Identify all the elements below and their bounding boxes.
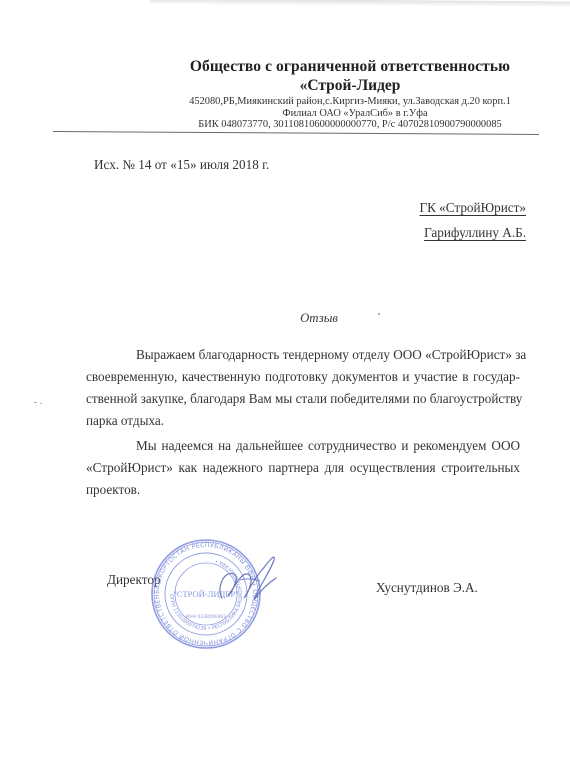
- paragraph-line: проектов.: [86, 479, 520, 501]
- paragraph-line: своевременную, качественную подготовку д…: [86, 366, 520, 388]
- org-short-name: «Строй-Лидер: [160, 77, 540, 95]
- paragraph-line: ственной закупке, благодаря Вам мы стали…: [86, 388, 520, 410]
- scan-edge-shadow: [150, 0, 570, 7]
- header-divider: [53, 131, 539, 135]
- paragraph-line: «СтройЮрист» как надежного партнера для …: [86, 457, 520, 479]
- paragraph-line: Мы надеемся на дальнейшее сотрудничество…: [86, 435, 520, 457]
- bank-details: БИК 048073770, 30110810600000000770, Р/с…: [150, 119, 550, 131]
- scan-speck: [40, 403, 42, 404]
- seal-inn-text: ИНН 0238006963: [186, 614, 226, 620]
- paragraph-line: парка отдыха.: [86, 410, 520, 432]
- signatory-name: Хуснутдинов Э.А.: [376, 580, 478, 596]
- scan-speck: [34, 402, 37, 403]
- body-paragraph-2: Мы надеемся на дальнейшее сотрудничество…: [86, 435, 520, 501]
- handwritten-signature: [210, 548, 290, 608]
- org-address: 452080,РБ,Миякинский район,с.Киргиз-Мияк…: [150, 96, 550, 108]
- document-title: Отзыв: [0, 311, 570, 326]
- addressee-person: Гарифуллину А.Б.: [424, 225, 526, 241]
- outgoing-reference: Исх. № 14 от «15» июля 2018 г.: [94, 157, 269, 173]
- body-paragraph-1: Выражаем благодарность тендерному отделу…: [86, 344, 520, 432]
- scan-speck: [378, 313, 380, 315]
- addressee-company: ГК «СтройЮрист»: [419, 200, 526, 216]
- org-name: Общество с ограниченной ответственностью: [160, 58, 540, 76]
- paragraph-line: Выражаем благодарность тендерному отделу…: [86, 344, 520, 366]
